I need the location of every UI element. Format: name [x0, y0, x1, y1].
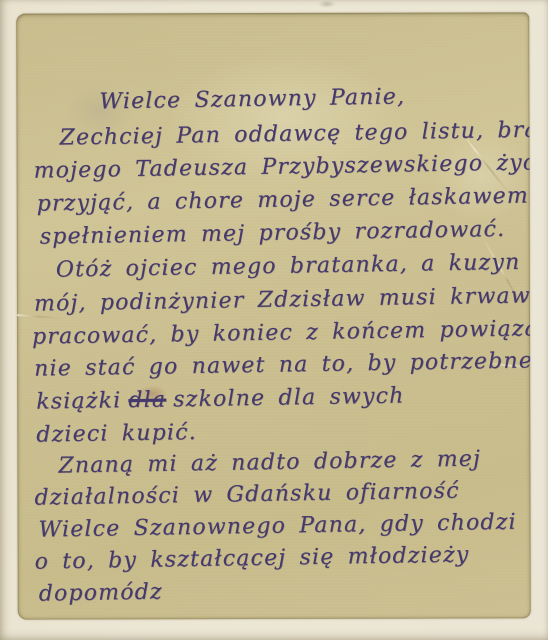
- letter-line: mojego Tadeusza Przybyszewskiego życzliw…: [33, 149, 530, 185]
- letter-photograph: Wielce Szanowny Panie, Zechciej Pan odda…: [0, 0, 548, 640]
- letter-line: Znaną mi aż nadto dobrze z mej: [58, 447, 481, 480]
- letter-line: mój, podinżynier Zdzisław musi krwawo: [34, 283, 531, 317]
- letter-line: dzieci kupić.: [36, 420, 197, 449]
- crossed-out-word: dla: [128, 387, 166, 413]
- letter-line-segment: książki: [36, 388, 122, 414]
- letter-line: dopomódz: [39, 580, 163, 608]
- letter-line-segment: szkolne dla swych: [173, 384, 405, 413]
- letter-line: spełnieniem mej prośby rozradować.: [40, 217, 506, 251]
- letter-greeting: Wielce Szanowny Panie,: [99, 84, 405, 115]
- mat-smudge: [318, 0, 336, 8]
- letter-line: Zechciej Pan oddawcę tego listu, bratank…: [59, 116, 530, 151]
- letter-line: przyjąć, a chore moje serce łaskawem,: [36, 183, 530, 217]
- letter-line: o to, by kształcącej się młodzieży: [34, 542, 469, 575]
- letter-paper: Wielce Szanowny Panie, Zechciej Pan odda…: [16, 12, 531, 619]
- letter-line: książkidlaszkolne dla swych: [36, 384, 405, 416]
- letter-line: nie stać go nawet na to, by potrzebne: [34, 348, 531, 382]
- letter-line: pracować, by koniec z końcem powiązać,: [32, 316, 531, 351]
- letter-line: Wielce Szanownego Pana, gdy chodzi: [38, 510, 517, 544]
- letter-line: Otóż ojciec mego bratanka, a kuzyn: [56, 250, 521, 284]
- letter-line: działalności w Gdańsku ofiarność: [34, 479, 460, 512]
